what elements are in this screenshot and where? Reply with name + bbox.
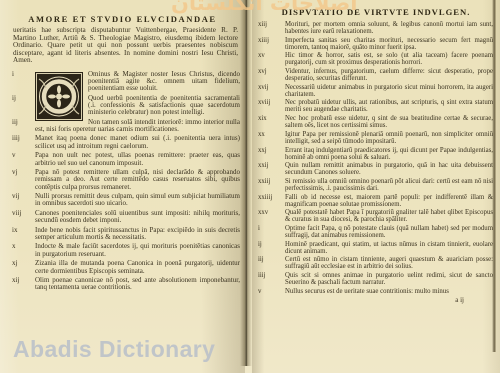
- thesis-number: xviij: [258, 99, 280, 106]
- thesis-row: iOminus & Magister noster Iesus Christus…: [35, 71, 240, 93]
- thesis-text: Zizania illa de mutanda poena Canonica i…: [35, 259, 240, 274]
- thesis-number: iij: [12, 119, 34, 126]
- thesis-row: xiijMorituri, per mortem omnia soluunt, …: [285, 21, 493, 35]
- thesis-text: Igitur Papa per remissionē plenariā omni…: [285, 131, 493, 145]
- thesis-row: ijHominē praedicant, qui statim, ut iact…: [285, 241, 493, 255]
- thesis-number: vj: [12, 169, 34, 176]
- thesis-text: Nullus securus est de ueritate suae cont…: [285, 288, 449, 295]
- thesis-number: ix: [12, 227, 34, 234]
- thesis-number: xvij: [258, 84, 280, 91]
- left-theses: iOminus & Magister noster Iesus Christus…: [35, 71, 240, 292]
- thesis-text: Errant itaq indulgentiarū praedicatores …: [285, 147, 493, 161]
- thesis-text: Inde bene nobis facit spiritussanctus in…: [35, 226, 240, 241]
- thesis-number: xvj: [258, 68, 280, 75]
- thesis-row: xiiijImperfecta sanitas seu charitas mor…: [285, 37, 493, 51]
- thesis-row: ijQuod uerbū poenitentia de poenitentia …: [35, 95, 240, 117]
- book-gutter-shadow: [240, 0, 252, 366]
- thesis-text: Quis scit si omnes animae in purgatorio …: [285, 272, 493, 286]
- thesis-text: Olim poenae canonicae nō post, sed ante …: [35, 276, 240, 291]
- thesis-text: Si remissio ulla omniū omnino poenarū pō…: [285, 178, 493, 192]
- thesis-text: Nec hoc probatū esse uidetur, q sint de …: [285, 115, 493, 129]
- thesis-row: xxvQualē potestatē habet Papa ī purgator…: [285, 209, 493, 223]
- thesis-text: Necessariū uidetur animabus in purgatori…: [285, 84, 493, 98]
- thesis-number: iiij: [12, 135, 34, 142]
- thesis-number: ij: [258, 241, 280, 248]
- left-page-header: AMORE ET STVDIO ELVCIDANDAE: [0, 14, 245, 24]
- thesis-text: Canones poenitenciales solū uiuentibus s…: [35, 209, 240, 224]
- thesis-row: xviijNec probatū uidetur ullis, aut rati…: [285, 99, 493, 113]
- thesis-row: iiijQuis scit si omnes animae in purgato…: [285, 272, 493, 286]
- thesis-row: xjZizania illa de mutanda poena Canonica…: [35, 260, 240, 275]
- thesis-text: Hominē praedicant, qui statim, ut iactus…: [285, 241, 493, 255]
- thesis-text: Nec probatū uidetur ullis, aut rationibu…: [285, 99, 493, 113]
- left-page-intro: ueritatis hae subscripta disputabuntur V…: [13, 27, 238, 65]
- thesis-text: Ominus & Magister noster Iesus Christus,…: [88, 70, 240, 93]
- thesis-text: Falli ob id necesse est, maiorem partē p…: [285, 194, 493, 208]
- thesis-row: xxjErrant itaq indulgentiarū praedicator…: [285, 147, 493, 161]
- thesis-row: ixInde bene nobis facit spiritussanctus …: [35, 227, 240, 242]
- thesis-text: Nulli prorsus remittit deus culpam, quin…: [35, 192, 240, 207]
- thesis-row: viijCanones poenitenciales solū uiuentib…: [35, 210, 240, 225]
- thesis-row: xxiijSi remissio ulla omniū omnino poena…: [285, 178, 493, 192]
- thesis-row: xixNec hoc probatū esse uidetur, q sint …: [285, 115, 493, 129]
- thesis-number: i: [12, 71, 34, 78]
- thesis-text: Hic timor & horror, satis est, se solo (…: [285, 52, 493, 66]
- left-page: AMORE ET STVDIO ELVCIDANDAE ueritatis ha…: [0, 0, 245, 373]
- thesis-text: Imperfecta sanitas seu charitas morituri…: [285, 37, 493, 51]
- thesis-text: Papa nō potest remittere ullam culpā, ni…: [35, 168, 240, 191]
- thesis-text: Videntur, infernus, purgatorium, caelum …: [285, 68, 493, 82]
- thesis-number: xix: [258, 115, 280, 122]
- thesis-number: v: [258, 288, 280, 295]
- thesis-number: xxiij: [258, 178, 280, 185]
- thesis-number: xj: [12, 260, 34, 267]
- thesis-text: Certū est nūmo in cistam tinniente, auge…: [285, 256, 493, 270]
- abadis-dictionary-watermark: Abadis Dictionary: [13, 336, 215, 363]
- thesis-row: vPapa non uult nec potest, ullas poenas …: [35, 152, 240, 167]
- thesis-text: Papa non uult nec potest, ullas poenas r…: [35, 151, 240, 166]
- thesis-number: xv: [258, 52, 280, 59]
- thesis-row: iiijManet itaq poena donec manet odium s…: [35, 135, 240, 150]
- thesis-row: vijNulli prorsus remittit deus culpam, q…: [35, 193, 240, 208]
- thesis-row: iOptime facit Papa, q nō potestate claui…: [285, 225, 493, 239]
- thesis-row: xvHic timor & horror, satis est, se solo…: [285, 52, 493, 66]
- thesis-row: xxijQuin nullam remittit animabus in pur…: [285, 162, 493, 176]
- thesis-number: xiiij: [258, 37, 280, 44]
- thesis-number: ij: [12, 95, 34, 102]
- thesis-row: iijCertū est nūmo in cistam tinniente, a…: [285, 256, 493, 270]
- page-edge-line: [492, 0, 496, 352]
- right-theses: xiijMorituri, per mortem omnia soluunt, …: [285, 21, 493, 295]
- thesis-row: iijNon tamen solā intendit interiorē: im…: [35, 119, 240, 134]
- thesis-text: Indocte & male faciūt sacerdotes ij, qui…: [35, 242, 240, 257]
- thesis-text: Quin nullam remittit animabus in purgato…: [285, 162, 493, 176]
- thesis-number: vij: [12, 193, 34, 200]
- thesis-text: Quod uerbū poenitentia de poenitentia sa…: [88, 94, 240, 117]
- thesis-row: vjPapa nō potest remittere ullam culpā, …: [35, 169, 240, 191]
- thesis-text: Non tamen solā intendit interiorē: immo …: [35, 118, 240, 133]
- thesis-number: xiij: [258, 21, 280, 28]
- thesis-number: xx: [258, 131, 280, 138]
- book-scan-photo: AMORE ET STVDIO ELVCIDANDAE ueritatis ha…: [0, 0, 500, 373]
- thesis-number: iiij: [258, 272, 280, 279]
- thesis-number: x: [12, 243, 34, 250]
- thesis-number: xxij: [258, 162, 280, 169]
- thesis-row: xvijNecessariū uidetur animabus in purga…: [285, 84, 493, 98]
- thesis-number: v: [12, 152, 34, 159]
- thesis-text: Qualē potestatē habet Papa ī purgatoriū …: [285, 209, 493, 223]
- thesis-text: Morituri, per mortem omnia soluunt, & le…: [285, 21, 493, 35]
- thesis-row: vNullus securus est de ueritate suae con…: [285, 288, 493, 295]
- thesis-row: xxiiijFalli ob id necesse est, maiorem p…: [285, 194, 493, 208]
- persian-watermark: اصلاحات انگلستان: [171, 0, 358, 15]
- thesis-number: iij: [258, 256, 280, 263]
- right-page: DISPVTATIO DE VIRTVTE INDVLGEN. xiijMori…: [252, 0, 500, 373]
- thesis-number: xxv: [258, 209, 280, 216]
- thesis-text: Optime facit Papa, q nō potestate clauis…: [285, 225, 493, 239]
- thesis-number: i: [258, 225, 280, 232]
- thesis-row: xxIgitur Papa per remissionē plenariā om…: [285, 131, 493, 145]
- thesis-number: xij: [12, 277, 34, 284]
- thesis-number: xxiiij: [258, 194, 280, 201]
- thesis-row: xIndocte & male faciūt sacerdotes ij, qu…: [35, 243, 240, 258]
- thesis-number: xxj: [258, 147, 280, 154]
- thesis-row: xijOlim poenae canonicae nō post, sed an…: [35, 277, 240, 292]
- thesis-row: xvjVidentur, infernus, purgatorium, cael…: [285, 68, 493, 82]
- thesis-text: Manet itaq poena donec manet odium sui (…: [35, 134, 240, 149]
- signature-mark: a ij: [252, 296, 464, 304]
- thesis-number: viij: [12, 210, 34, 217]
